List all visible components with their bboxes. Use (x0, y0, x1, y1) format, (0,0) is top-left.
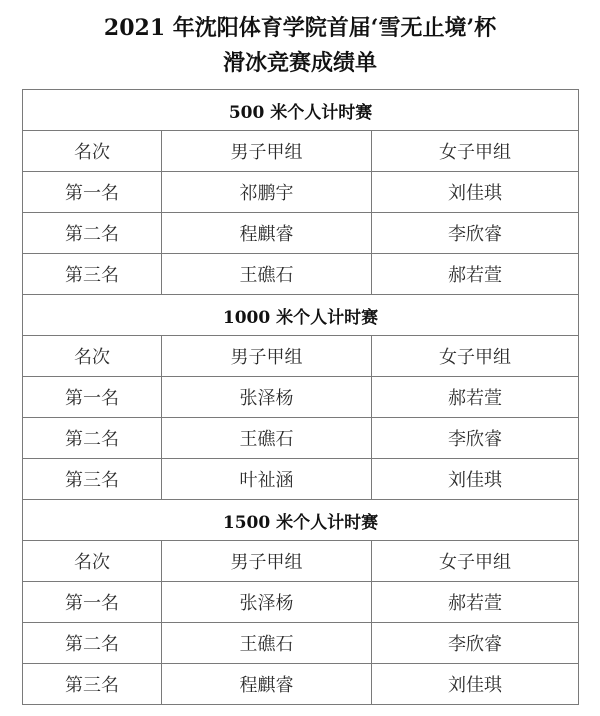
event-title: 1500 米个人计时赛 (23, 500, 579, 541)
document-title-line-1: 2021 年沈阳体育学院首届‘雪无止境’杯 (0, 14, 600, 42)
women-cell: 郝若萱 (372, 582, 579, 623)
women-cell: 刘佳琪 (372, 172, 579, 213)
men-cell: 王礁石 (162, 623, 372, 664)
men-cell: 程麒睿 (162, 664, 372, 705)
table-row: 第一名 张泽杨 郝若萱 (23, 377, 579, 418)
rank-cell: 第三名 (23, 254, 162, 295)
table-row: 第二名 王礁石 李欣睿 (23, 418, 579, 459)
column-header-men: 男子甲组 (162, 541, 372, 582)
column-header-rank: 名次 (23, 131, 162, 172)
column-header-women: 女子甲组 (372, 131, 579, 172)
results-table: 500 米个人计时赛 名次 男子甲组 女子甲组 第一名 祁鹏宇 刘佳琪 第二名 … (22, 89, 579, 705)
table-row: 第一名 祁鹏宇 刘佳琪 (23, 172, 579, 213)
rank-cell: 第一名 (23, 172, 162, 213)
column-header-men: 男子甲组 (162, 131, 372, 172)
men-cell: 叶祉涵 (162, 459, 372, 500)
women-cell: 刘佳琪 (372, 459, 579, 500)
men-cell: 张泽杨 (162, 377, 372, 418)
column-header-row: 名次 男子甲组 女子甲组 (23, 336, 579, 377)
section-header-500m: 500 米个人计时赛 (23, 90, 579, 131)
column-header-women: 女子甲组 (372, 541, 579, 582)
rank-cell: 第一名 (23, 582, 162, 623)
men-cell: 程麒睿 (162, 213, 372, 254)
column-header-rank: 名次 (23, 336, 162, 377)
column-header-men: 男子甲组 (162, 336, 372, 377)
women-cell: 李欣睿 (372, 213, 579, 254)
column-header-women: 女子甲组 (372, 336, 579, 377)
rank-cell: 第三名 (23, 664, 162, 705)
women-cell: 郝若萱 (372, 254, 579, 295)
column-header-rank: 名次 (23, 541, 162, 582)
document-title-line-2: 滑冰竞赛成绩单 (0, 49, 600, 77)
column-header-row: 名次 男子甲组 女子甲组 (23, 541, 579, 582)
table-row: 第二名 程麒睿 李欣睿 (23, 213, 579, 254)
table-row: 第三名 王礁石 郝若萱 (23, 254, 579, 295)
women-cell: 李欣睿 (372, 623, 579, 664)
table-row: 第三名 叶祉涵 刘佳琪 (23, 459, 579, 500)
table-row: 第一名 张泽杨 郝若萱 (23, 582, 579, 623)
women-cell: 刘佳琪 (372, 664, 579, 705)
section-header-1500m: 1500 米个人计时赛 (23, 500, 579, 541)
men-cell: 张泽杨 (162, 582, 372, 623)
section-header-1000m: 1000 米个人计时赛 (23, 295, 579, 336)
rank-cell: 第二名 (23, 213, 162, 254)
table-row: 第三名 程麒睿 刘佳琪 (23, 664, 579, 705)
event-title: 500 米个人计时赛 (23, 90, 579, 131)
event-title: 1000 米个人计时赛 (23, 295, 579, 336)
rank-cell: 第二名 (23, 418, 162, 459)
rank-cell: 第一名 (23, 377, 162, 418)
table-row: 第二名 王礁石 李欣睿 (23, 623, 579, 664)
men-cell: 祁鹏宇 (162, 172, 372, 213)
men-cell: 王礁石 (162, 254, 372, 295)
women-cell: 李欣睿 (372, 418, 579, 459)
rank-cell: 第三名 (23, 459, 162, 500)
men-cell: 王礁石 (162, 418, 372, 459)
rank-cell: 第二名 (23, 623, 162, 664)
column-header-row: 名次 男子甲组 女子甲组 (23, 131, 579, 172)
women-cell: 郝若萱 (372, 377, 579, 418)
